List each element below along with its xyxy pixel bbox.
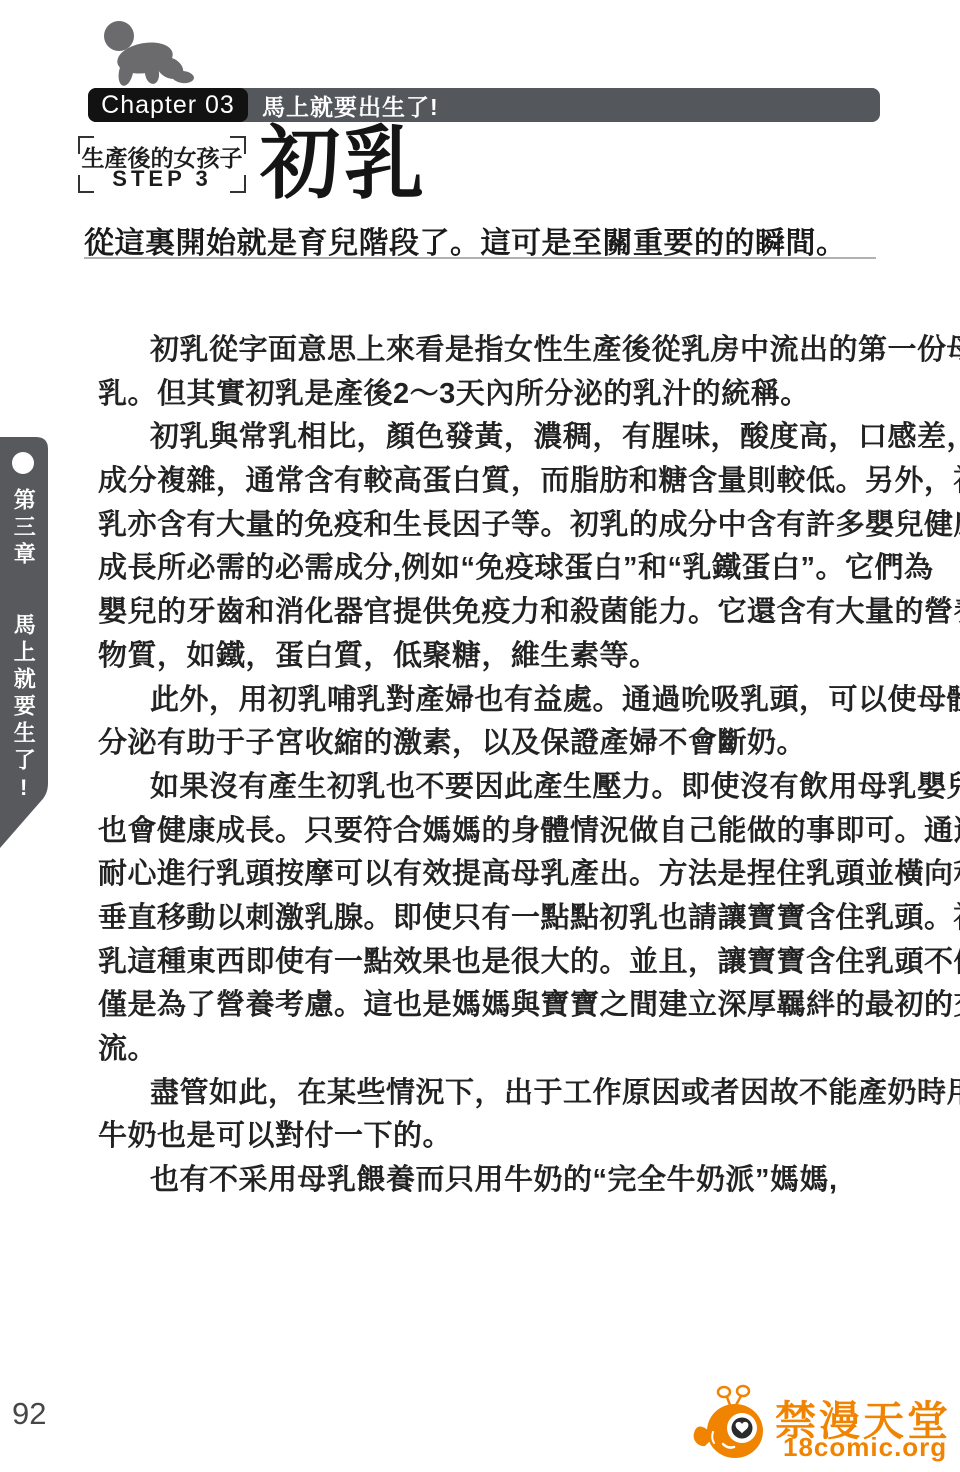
text-line: 流。: [98, 1026, 880, 1070]
step-label-box: 生產後的女孩子 STEP 3: [78, 136, 246, 193]
text-line: 也有不采用母乳餵養而只用牛奶的“完全牛奶派”媽媽,: [98, 1157, 880, 1201]
section-subtitle: 從這裏開始就是育兒階段了。這可是至關重要的的瞬間。: [84, 218, 847, 262]
chapter-header-bar: Chapter 03 馬上就要出生了!: [88, 88, 880, 122]
text-line: 盡管如此，在某些情況下，出于工作原因或者因故不能產奶時用: [98, 1070, 880, 1114]
text-line: 此外，用初乳哺乳對產婦也有益處。通過吮吸乳頭，可以使母體: [98, 677, 880, 721]
text-line: 乳這種東西即使有一點效果也是很大的。並且，讓寶寶含住乳頭不僅: [98, 939, 880, 983]
chapter-title: 馬上就要出生了!: [262, 88, 439, 122]
text-line: 初乳與常乳相比，顏色發黃，濃稠，有腥味，酸度高，口感差，: [98, 414, 880, 458]
text-line: 乳亦含有大量的免疫和生長因子等。初乳的成分中含有許多嬰兒健康: [98, 502, 880, 546]
side-tab-title: 馬上就要生了!: [11, 613, 35, 805]
text-line: 耐心進行乳頭按摩可以有效提高母乳產出。方法是捏住乳頭並橫向和: [98, 851, 880, 895]
text-line: 分泌有助于子宮收縮的激素，以及保證產婦不會斷奶。: [98, 720, 880, 764]
site-url: 18comic.org: [783, 1432, 947, 1463]
text-line: 成分複雜，通常含有較高蛋白質，而脂肪和糖含量則較低。另外，初: [98, 458, 880, 502]
text-line: 垂直移動以刺激乳腺。即使只有一點點初乳也請讓寶寶含住乳頭。初: [98, 895, 880, 939]
baby-crawling-icon: [92, 15, 198, 93]
body-text: 初乳從字面意思上來看是指女性生產後從乳房中流出的第一份母乳。但其實初乳是產後2～…: [98, 327, 880, 1201]
side-tab-text: 第三章 馬上就要生了!: [11, 488, 35, 805]
chapter-number-label: Chapter 03: [101, 91, 235, 120]
text-line: 如果沒有產生初乳也不要因此產生壓力。即使沒有飲用母乳嬰兒: [98, 764, 880, 808]
text-line: 物質，如鐵，蛋白質，低聚糖，維生素等。: [98, 633, 880, 677]
text-line: 僅是為了營養考慮。這也是媽媽與寶寶之間建立深厚羈絆的最初的交: [98, 982, 880, 1026]
tab-bullet-icon: [12, 452, 34, 474]
section-title: 初乳: [260, 124, 428, 204]
subtitle-divider: [84, 257, 876, 259]
text-line: 初乳從字面意思上來看是指女性生產後從乳房中流出的第一份母: [98, 327, 880, 371]
text-line: 乳。但其實初乳是產後2～3天內所分泌的乳汁的統稱。: [98, 371, 880, 415]
scanned-book-page: Chapter 03 馬上就要出生了! 生產後的女孩子 STEP 3 初乳 從這…: [0, 0, 960, 1472]
whale-mascot-icon: [693, 1382, 773, 1468]
page-number: 92: [12, 1396, 46, 1432]
site-watermark: 禁漫天堂 18comic.org: [693, 1382, 933, 1468]
chapter-number-badge: Chapter 03: [88, 88, 248, 122]
text-line: 成長所必需的必需成分,例如“免疫球蛋白”和“乳鐵蛋白”。它們為: [98, 545, 880, 589]
text-line: 嬰兒的牙齒和消化器官提供免疫力和殺菌能力。它還含有大量的營養: [98, 589, 880, 633]
text-line: 牛奶也是可以對付一下的。: [98, 1113, 880, 1157]
text-line: 也會健康成長。只要符合媽媽的身體情況做自己能做的事即可。通過: [98, 808, 880, 852]
step-number: STEP 3: [78, 166, 246, 192]
side-tab-chapter: 第三章: [11, 488, 36, 569]
